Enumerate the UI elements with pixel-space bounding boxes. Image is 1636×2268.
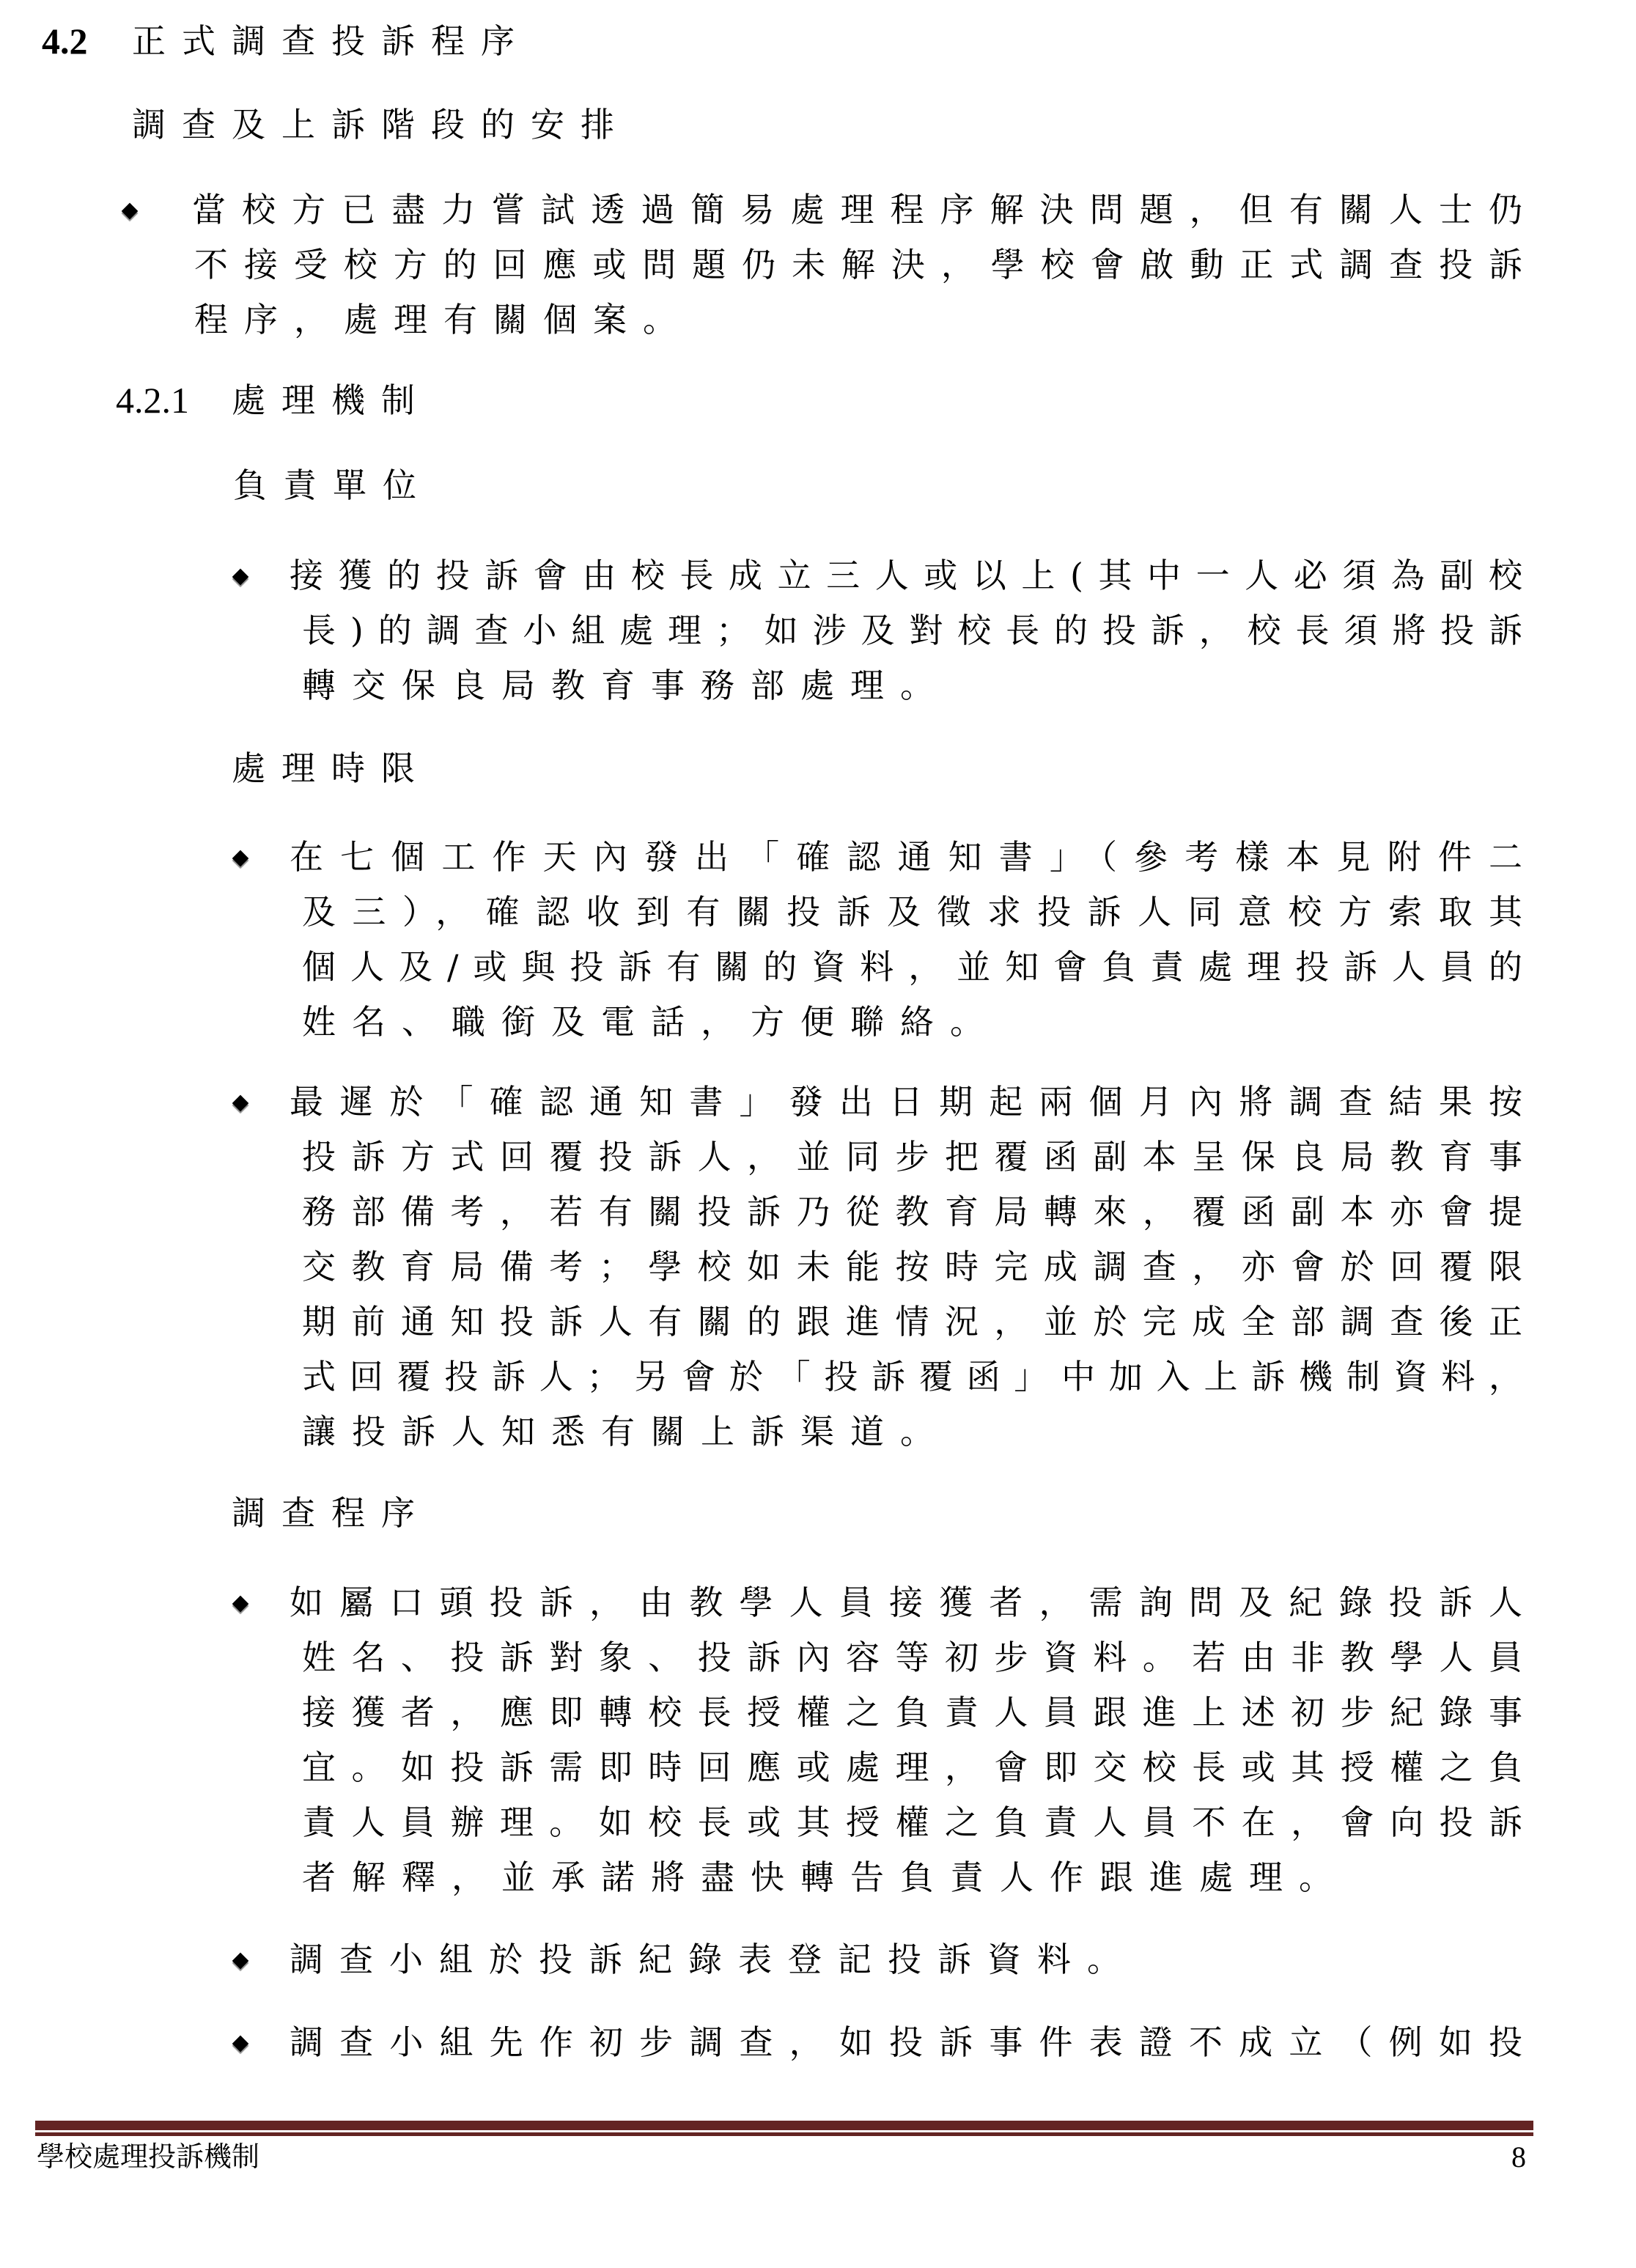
group-heading-responsible-unit: 負責單位 [233,463,432,507]
footer-document-title: 學校處理投訴機制 [37,2139,259,2176]
bullet-line: 接獲的投訴會由校長成立三人或以上(其中一人必須為副校 [290,553,1522,597]
intro-line: 程序，處理有關個案。 [194,298,693,342]
bullet-line: 務部備考，若有關投訴乃從教育局轉來，覆函副本亦會提 [302,1190,1522,1234]
intro-line: 不接受校方的回應或問題仍未解決，學校會啟動正式調查投訴 [194,243,1522,287]
footer-rule-thin [35,2132,1533,2136]
bullet-line: 最遲於「確認通知書」發出日期起兩個月內將調查結果按 [290,1080,1522,1124]
section-subtitle: 調查及上訴階段的安排 [132,103,630,147]
bullet-diamond-icon [232,1596,249,1613]
bullet-line: 在七個工作天內發出「確認通知書」（參考樣本見附件二 [290,835,1522,879]
bullet-line: 期前通知投訴人有關的跟進情況，並於完成全部調查後正 [302,1300,1522,1344]
bullet-line: 轉交保良局教育事務部處理。 [302,663,950,707]
intro-line: 當校方已盡力嘗試透過簡易處理程序解決問題，但有關人士仍 [192,188,1522,232]
bullet-diamond-icon [232,1953,249,1970]
section-number: 4.2 [42,19,88,63]
bullet-line: 長)的調查小組處理；如涉及對校長的投訴，校長須將投訴 [302,608,1522,652]
bullet-line: 姓名、投訴對象、投訴內容等初步資料。若由非教學人員 [302,1635,1522,1679]
bullet-line: 讓投訴人知悉有關上訴渠道。 [302,1410,950,1454]
bullet-diamond-icon [232,1095,249,1112]
subsection-title: 處理機制 [232,378,431,422]
bullet-line: 式回覆投訴人；另會於「投訴覆函」中加入上訴機制資料， [302,1355,1522,1399]
bullet-line: 者解釋，並承諾將盡快轉告負責人作跟進處理。 [302,1855,1349,1899]
bullet-diamond-icon [122,203,139,220]
bullet-line: 調查小組先作初步調查，如投訴事件表證不成立（例如投 [290,2020,1522,2064]
bullet-diamond-icon [232,850,249,867]
subsection-number: 4.2.1 [116,378,189,422]
bullet-line: 個人及/或與投訴有關的資料，並知會負責處理投訴人員的 [302,945,1522,989]
bullet-diamond-icon [232,2036,249,2052]
bullet-diamond-icon [232,569,249,586]
bullet-line: 如屬口頭投訴，由教學人員接獲者，需詢問及紀錄投訴人 [290,1580,1522,1624]
section-title: 正式調查投訴程序 [132,19,531,63]
bullet-line: 責人員辦理。如校長或其授權之負責人員不在，會向投訴 [302,1800,1522,1844]
bullet-line: 及三），確認收到有關投訴及徵求投訴人同意校方索取其 [302,890,1522,934]
bullet-line: 宜。如投訴需即時回應或處理，會即交校長或其授權之負 [302,1745,1522,1789]
footer-rule-thick [35,2121,1533,2130]
bullet-line: 接獲者，應即轉校長授權之負責人員跟進上述初步紀錄事 [302,1690,1522,1734]
group-heading-time-limit: 處理時限 [232,746,431,790]
bullet-line: 調查小組於投訴紀錄表登記投訴資料。 [290,1937,1137,1981]
bullet-line: 姓名、職銜及電話，方便聯絡。 [302,1000,1000,1044]
footer-page-number: 8 [1511,2139,1526,2176]
bullet-line: 交教育局備考；學校如未能按時完成調查，亦會於回覆限 [302,1245,1522,1289]
group-heading-investigation-procedure: 調查程序 [232,1491,431,1535]
bullet-line: 投訴方式回覆投訴人，並同步把覆函副本呈保良局教育事 [302,1135,1522,1179]
